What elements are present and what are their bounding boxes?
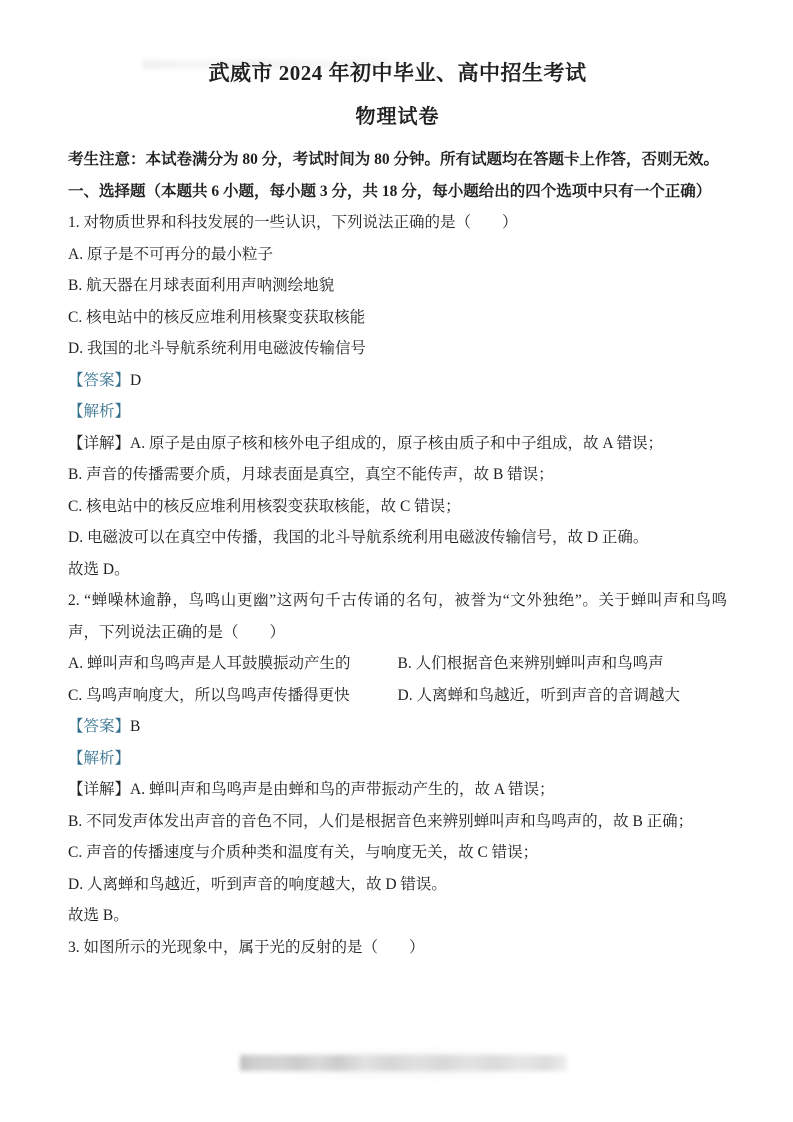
option-c: C. 鸟鸣声响度大，所以鸟鸣声传播得更快 [68,680,398,712]
answer-line: 【答案】D [68,365,727,397]
option-d: D. 我国的北斗导航系统利用电磁波传输信号 [68,333,727,365]
candidate-notice: 考生注意：本试卷满分为 80 分，考试时间为 80 分钟。所有试题均在答题卡上作… [68,144,727,176]
detail-line: B. 声音的传播需要介质，月球表面是真空，真空不能传声，故 B 错误； [68,459,727,491]
options-grid: A. 蝉叫声和鸟鸣声是人耳鼓膜振动产生的 B. 人们根据音色来辨别蝉叫声和鸟鸣声… [68,648,727,711]
detail-line: D. 电磁波可以在真空中传播，我国的北斗导航系统利用电磁波传输信号，故 D 正确… [68,522,727,554]
option-c: C. 核电站中的核反应堆利用核聚变获取核能 [68,302,727,334]
document-content: 武威市 2024 年初中毕业、高中招生考试 物理试卷 考生注意：本试卷满分为 8… [68,58,727,963]
question-1: 1. 对物质世界和科技发展的一些认识，下列说法正确的是（ ） A. 原子是不可再… [68,207,727,585]
answer-line: 【答案】B [68,711,727,743]
option-d: D. 人离蝉和鸟越近，听到声音的音调越大 [398,680,728,712]
detail-line: B. 不同发声体发出声音的音色不同，人们是根据音色来辨别蝉叫声和鸟鸣声的，故 B… [68,806,727,838]
detail-line: D. 人离蝉和鸟越近，听到声音的响度越大，故 D 错误。 [68,869,727,901]
bottom-watermark-blur [240,1055,567,1071]
option-b: B. 人们根据音色来辨别蝉叫声和鸟鸣声 [398,648,728,680]
answer-label: 【答案】 [68,718,130,735]
detail-line: C. 声音的传播速度与介质种类和温度有关，与响度无关，故 C 错误； [68,837,727,869]
detail-line: C. 核电站中的核反应堆利用核裂变获取核能，故 C 错误； [68,491,727,523]
exam-document-page: 武威市 2024 年初中毕业、高中招生考试 物理试卷 考生注意：本试卷满分为 8… [0,0,793,1122]
exam-title: 武威市 2024 年初中毕业、高中招生考试 [68,58,727,88]
option-a: A. 蝉叫声和鸟鸣声是人耳鼓膜振动产生的 [68,648,398,680]
answer-value: B [130,718,140,735]
option-a: A. 原子是不可再分的最小粒子 [68,239,727,271]
conclusion-line: 故选 B。 [68,900,727,932]
detail-line: 【详解】A. 原子是由原子核和核外电子组成的，原子核由质子和中子组成，故 A 错… [68,428,727,460]
analysis-line: 【解析】 [68,396,727,428]
section-heading: 一、选择题（本题共 6 小题，每小题 3 分，共 18 分，每小题给出的四个选项… [68,176,727,208]
conclusion-line: 故选 D。 [68,554,727,586]
detail-line: 【详解】A. 蝉叫声和鸟鸣声是由蝉和鸟的声带振动产生的，故 A 错误； [68,774,727,806]
question-stem: 1. 对物质世界和科技发展的一些认识，下列说法正确的是（ ） [68,207,727,239]
question-3: 3. 如图所示的光现象中，属于光的反射的是（ ） [68,932,727,964]
analysis-label: 【解析】 [68,403,130,420]
exam-subtitle: 物理试卷 [68,102,727,132]
analysis-line: 【解析】 [68,743,727,775]
question-stem: 3. 如图所示的光现象中，属于光的反射的是（ ） [68,932,727,964]
question-stem: 2. “蝉噪林逾静，鸟鸣山更幽”这两句千古传诵的名句，被誉为“文外独绝”。关于蝉… [68,585,727,648]
answer-label: 【答案】 [68,372,130,389]
answer-value: D [130,372,141,389]
question-2: 2. “蝉噪林逾静，鸟鸣山更幽”这两句千古传诵的名句，被誉为“文外独绝”。关于蝉… [68,585,727,932]
analysis-label: 【解析】 [68,750,130,767]
option-b: B. 航天器在月球表面利用声呐测绘地貌 [68,270,727,302]
